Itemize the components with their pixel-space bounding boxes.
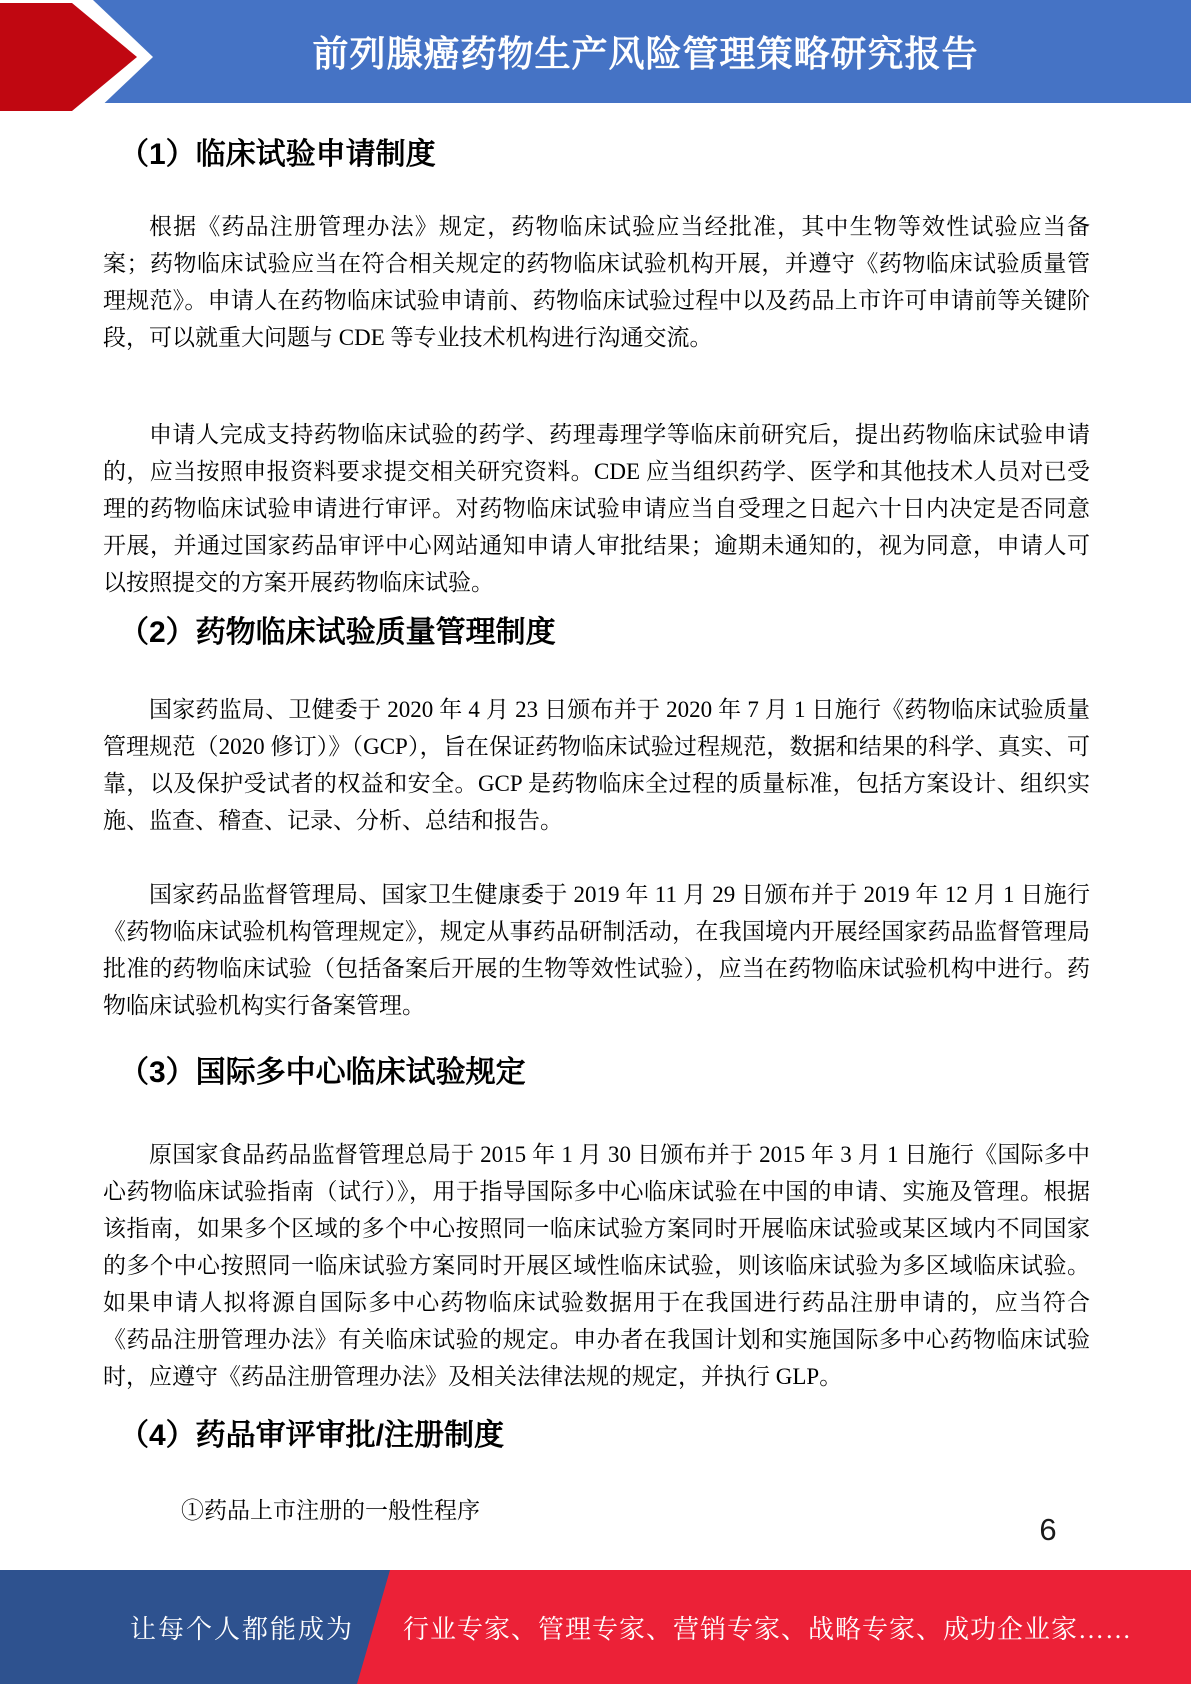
footer-slogan-right: 行业专家、管理专家、营销专家、战略专家、成功企业家…… bbox=[403, 1570, 1171, 1684]
report-page: { "header": { "title": "前列腺癌药物生产风险管理策略研究… bbox=[0, 0, 1191, 1684]
report-title: 前列腺癌药物生产风险管理策略研究报告 bbox=[160, 0, 1131, 103]
page-footer: 让每个人都能成为 行业专家、管理专家、营销专家、战略专家、成功企业家…… bbox=[0, 1570, 1191, 1684]
section-heading: （3）国际多中心临床试验规定 bbox=[119, 1051, 1090, 1095]
section-gcp-quality-management: （2）药物临床试验质量管理制度 国家药监局、卫健委于 2020 年 4 月 23… bbox=[103, 611, 1090, 1024]
body-paragraph: 国家药品监督管理局、国家卫生健康委于 2019 年 11 月 29 日颁布并于 … bbox=[103, 876, 1090, 1024]
numbered-subitem: ①药品上市注册的一般性程序 bbox=[181, 1492, 1090, 1529]
footer-slogan-left: 让每个人都能成为 bbox=[0, 1570, 354, 1684]
body-paragraph: 申请人完成支持药物临床试验的药学、药理毒理学等临床前研究后，提出药物临床试验申请… bbox=[103, 416, 1090, 601]
section-drug-review-registration: （4）药品审评审批/注册制度 ①药品上市注册的一般性程序 bbox=[103, 1414, 1090, 1529]
page-header: 前列腺癌药物生产风险管理策略研究报告 bbox=[0, 0, 1191, 114]
section-heading: （2）药物临床试验质量管理制度 bbox=[119, 611, 1090, 655]
page-number: 6 bbox=[1028, 1512, 1068, 1548]
section-heading: （1）临床试验申请制度 bbox=[119, 133, 1090, 177]
body-paragraph: 原国家食品药品监督管理总局于 2015 年 1 月 30 日颁布并于 2015 … bbox=[103, 1136, 1090, 1395]
section-clinical-trial-application: （1）临床试验申请制度 根据《药品注册管理办法》规定，药物临床试验应当经批准，其… bbox=[103, 133, 1090, 601]
document-body: （1）临床试验申请制度 根据《药品注册管理办法》规定，药物临床试验应当经批准，其… bbox=[0, 133, 1191, 1529]
body-paragraph: 国家药监局、卫健委于 2020 年 4 月 23 日颁布并于 2020 年 7 … bbox=[103, 691, 1090, 839]
section-international-multicenter: （3）国际多中心临床试验规定 原国家食品药品监督管理总局于 2015 年 1 月… bbox=[103, 1051, 1090, 1395]
body-paragraph: 根据《药品注册管理办法》规定，药物临床试验应当经批准，其中生物等效性试验应当备案… bbox=[103, 208, 1090, 356]
section-heading: （4）药品审评审批/注册制度 bbox=[119, 1414, 1090, 1458]
